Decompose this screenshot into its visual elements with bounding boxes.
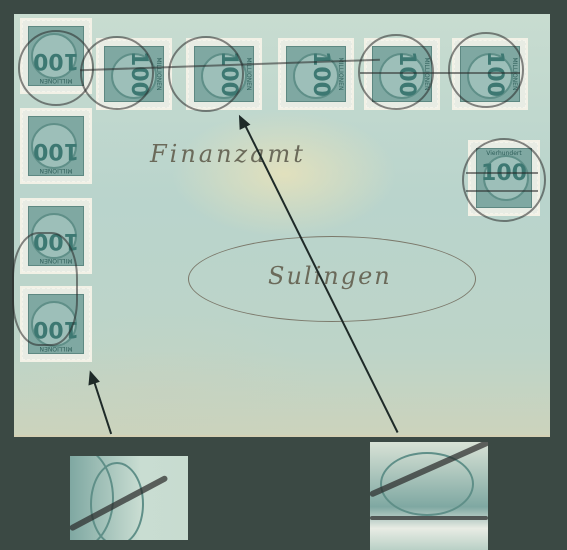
postmark [168, 36, 244, 112]
postmark [462, 138, 546, 222]
detail-inset-right [370, 442, 488, 550]
cancel-line [360, 72, 520, 74]
cancel-line [466, 172, 538, 174]
postmark [12, 232, 78, 346]
cancel-line [466, 190, 538, 192]
stamp-column-2: MILLIONEN 100 [22, 110, 90, 182]
detail-inset-left [70, 456, 188, 540]
address-line-2: Sulingen [268, 262, 392, 290]
postmark [80, 36, 154, 110]
address-line-1: Finanzamt [150, 140, 306, 168]
postmark [448, 32, 524, 108]
stamp-row-3: MILLIONEN 100 [280, 40, 352, 108]
